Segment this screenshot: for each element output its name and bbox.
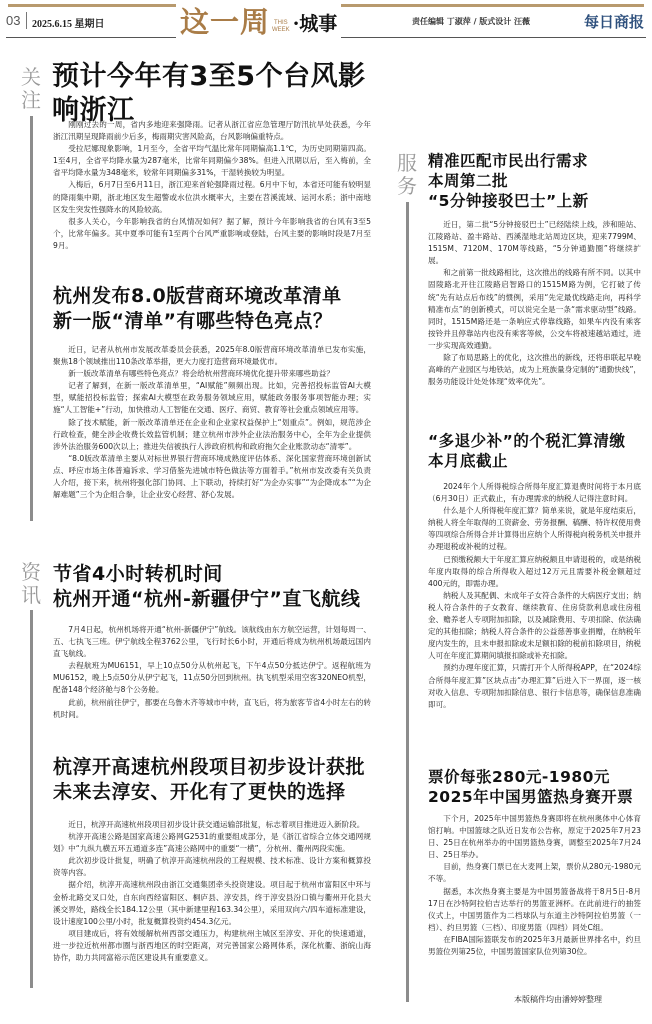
- column-bar: [30, 610, 33, 988]
- paragraph: 近日，杭淳开高速杭州段项目初步设计获交通运输部批复，标志着项目推进迈入新阶段。: [53, 819, 371, 831]
- paragraph: 刚刚过去的一周，省内多地迎来强降雨。记者从浙江省应急管理厅防汛抗旱处获悉，今年浙…: [53, 119, 371, 143]
- column-tag-char: 资: [20, 561, 42, 584]
- article-business-body: 近日，记者从杭州市发展改革委员会获悉，2025年8.0版营商环境改革清单已发布实…: [53, 344, 371, 501]
- headline-flight: 节省4小时转机时间 杭州开通“杭州-新疆伊宁”直飞航线: [53, 562, 383, 612]
- paragraph: 受拉尼娜现象影响，1月至今，全省平均气温比常年同期偏高1.1℃，为历史同期第四高…: [53, 143, 371, 179]
- paragraph: “8.0版改革清单主要从对标世界银行营商环境成熟度评估体系、深化国家营商环境创新…: [53, 453, 371, 501]
- headline-tax: “多退少补”的个税汇算清缴 本月底截止: [428, 431, 648, 471]
- article-tax-body: 2024年个人所得税综合所得年度汇算退费时间将于本月底（6月30日）正式截止，有…: [428, 481, 641, 711]
- article-typhoon-body: 刚刚过去的一周，省内多地迎来强降雨。记者从浙江省应急管理厅防汛抗旱处获悉，今年浙…: [53, 119, 371, 252]
- paragraph: 除了技术赋能，新一版改革清单还在企业和企业家权益保护上“划重点”。例如，规范涉企…: [53, 417, 371, 453]
- page-credit: 本版稿件均由潘婷婷整理: [514, 994, 602, 1005]
- headline-line: 2025年中国男篮热身赛开票: [428, 787, 648, 807]
- page-number: 03: [6, 13, 20, 28]
- brand-week-tag: THISWEEK: [272, 20, 290, 34]
- paragraph: 预约办理年度汇算，只需打开个人所得税APP，在“2024综合所得年度汇算”区块点…: [428, 662, 641, 710]
- editor-credits: 责任编辑 丁淑萍 / 版式设计 汪薇: [412, 16, 530, 27]
- headline-highway: 杭淳开高速杭州段项目初步设计获批 未来去淳安、开化有了更快的选择: [53, 755, 393, 805]
- paragraph: 很多人关心，今年影响我省的台风情况如何？据了解，预计今年影响我省的台风有3至5个…: [53, 216, 371, 252]
- headline-line: 票价每张280元-1980元: [428, 767, 648, 787]
- article-flight-body: 7月4日起，杭州机场将开通“杭州-新疆伊宁”航线。该航线由东方航空运营，计划每周…: [53, 624, 371, 721]
- issue-date: 2025.6.15 星期日: [32, 15, 105, 30]
- paragraph: 杭淳开高速公路是国家高速公路网G2531的重要组成部分，是《浙江省综合立体交通网…: [53, 831, 371, 855]
- headline-line: 本周第二批: [428, 171, 648, 191]
- paragraph: 7月4日起，杭州机场将开通“杭州-新疆伊宁”航线。该航线由东方航空运营，计划每周…: [53, 624, 371, 660]
- column-tag-char: 讯: [20, 584, 42, 607]
- headline-typhoon: 预计今年有3至5个台风影响浙江: [52, 60, 392, 128]
- headline-line: “5分钟接驳巴士”上新: [428, 191, 648, 211]
- column-tag-focus: 关 注: [20, 66, 42, 112]
- paragraph: 记者了解到，在新一版改革清单里，“AI赋能”频频出现。比如，完善招投标监管AI大…: [53, 380, 371, 416]
- paragraph: 已预缴税额大于年度汇算应纳税额且申请退税的，或是纳税年度内取得的综合所得收入超过…: [428, 554, 641, 590]
- brand-week-line1: THIS: [274, 20, 288, 26]
- paragraph: 据悉，本次热身赛主要是为中国男篮备战将于8月5日-8月17日在沙特阿拉伯吉达举行…: [428, 886, 641, 934]
- headline-bus: 精准匹配市民出行需求 本周第二批 “5分钟接驳巴士”上新: [428, 151, 648, 211]
- paragraph: 近日，记者从杭州市发展改革委员会获悉，2025年8.0版营商环境改革清单已发布实…: [53, 344, 371, 368]
- headline-line: 杭州发布8.0版营商环境改革清单: [53, 284, 383, 309]
- paragraph: 据介绍，杭淳开高速杭州段由浙江交通集团牵头投资建设。项目起于杭州市富阳区中环与金…: [53, 879, 371, 927]
- paragraph: 除了布局思路上的优化，这次推出的新线，还将串联起早晚高峰的产业园区与地铁站，成为…: [428, 352, 641, 388]
- headline-line: 未来去淳安、开化有了更快的选择: [53, 780, 393, 805]
- paragraph: 入梅后，6月7日至6月11日，浙江迎来首轮强降雨过程。6月中下旬，本省还可能有较…: [53, 179, 371, 215]
- paragraph: 目前，热身赛门票已在大麦网上架，票价从280元-1980元不等。: [428, 861, 641, 885]
- paragraph: 在FIBA国际篮联发布的2025年3月最新世界排名中，约旦男篮位列第25位，中国…: [428, 934, 641, 958]
- brand-title: 这一周: [180, 6, 270, 38]
- article-highway-body: 近日，杭淳开高速杭州段项目初步设计获交通运输部批复，标志着项目推进迈入新阶段。 …: [53, 819, 371, 964]
- section-name: ·城事: [293, 10, 338, 38]
- paragraph: 此前，杭州前往伊宁，都要在乌鲁木齐等城市中转，直飞后，将为旅客节省4小时左右的转…: [53, 697, 371, 721]
- headline-line: 新一版“清单”有哪些特色亮点？: [53, 309, 383, 334]
- headline-line: “多退少补”的个税汇算清缴: [428, 431, 648, 451]
- section-brand: 这一周 THISWEEK ·城事: [176, 4, 341, 38]
- headline-business: 杭州发布8.0版营商环境改革清单 新一版“清单”有哪些特色亮点？: [53, 284, 383, 334]
- paragraph: 近日，第二批“5分钟接驳巴士”已经陆续上线，涉和睦站、江陵路站、盈丰路站、西溪湿…: [428, 219, 641, 267]
- headline-line: 节省4小时转机时间: [53, 562, 383, 587]
- article-basketball-body: 下个月，2025年中国男篮热身赛即将在杭州奥体中心体育馆打响。中国篮球之队近日发…: [428, 813, 641, 958]
- newspaper-logo: 每日商报: [584, 11, 644, 32]
- article-bus-body: 近日，第二批“5分钟接驳巴士”已经陆续上线，涉和睦站、江陵路站、盈丰路站、西溪湿…: [428, 219, 641, 388]
- paragraph: 2024年个人所得税综合所得年度汇算退费时间将于本月底（6月30日）正式截止，有…: [428, 481, 641, 505]
- column-tag-char: 关: [20, 66, 42, 89]
- column-tag-news: 资 讯: [20, 561, 42, 607]
- column-tag-service: 服 务: [396, 152, 418, 198]
- column-bar: [406, 202, 409, 1002]
- paragraph: 什么是个人所得税年度汇算？简单来说，就是年度结束后，纳税人将全年取得的工资薪金、…: [428, 505, 641, 553]
- column-tag-char: 注: [20, 89, 42, 112]
- headline-line: 杭州开通“杭州-新疆伊宁”直飞航线: [53, 587, 383, 612]
- paragraph: 去程航班为MU6151，早上10点50分从杭州起飞，下午4点50分抵达伊宁。返程…: [53, 660, 371, 696]
- headline-line: 本月底截止: [428, 451, 648, 471]
- headline-basketball: 票价每张280元-1980元 2025年中国男篮热身赛开票: [428, 767, 648, 807]
- paragraph: 此次初步设计批复，明确了杭淳开高速杭州段的工程规模、技术标准、设计方案和概算投资…: [53, 855, 371, 879]
- headline-line: 杭淳开高速杭州段项目初步设计获批: [53, 755, 393, 780]
- paragraph: 和之前第一批线路相比，这次推出的线路有所不同。以其中固陵路北开往江陵路启智路口的…: [428, 267, 641, 352]
- paragraph: 项目建成后，将有效缓解杭州西部交通压力，构建杭州主城区至淳安、开化的快速通道，进…: [53, 928, 371, 964]
- separator: [26, 12, 27, 29]
- page-header: 03 2025.6.15 星期日 这一周 THISWEEK ·城事 责任编辑 丁…: [0, 8, 652, 32]
- brand-week-line2: WEEK: [272, 27, 290, 33]
- column-tag-char: 务: [396, 175, 418, 198]
- paragraph: 纳税人及其配偶、未成年子女符合条件的大病医疗支出；纳税人符合条件的子女教育、继续…: [428, 590, 641, 663]
- column-tag-char: 服: [396, 152, 418, 175]
- column-bar: [30, 116, 33, 521]
- headline-line: 精准匹配市民出行需求: [428, 151, 648, 171]
- paragraph: 下个月，2025年中国男篮热身赛即将在杭州奥体中心体育馆打响。中国篮球之队近日发…: [428, 813, 641, 861]
- paragraph: 新一版改革清单有哪些特色亮点？将会给杭州营商环境优化提升带来哪些助益？: [53, 368, 371, 380]
